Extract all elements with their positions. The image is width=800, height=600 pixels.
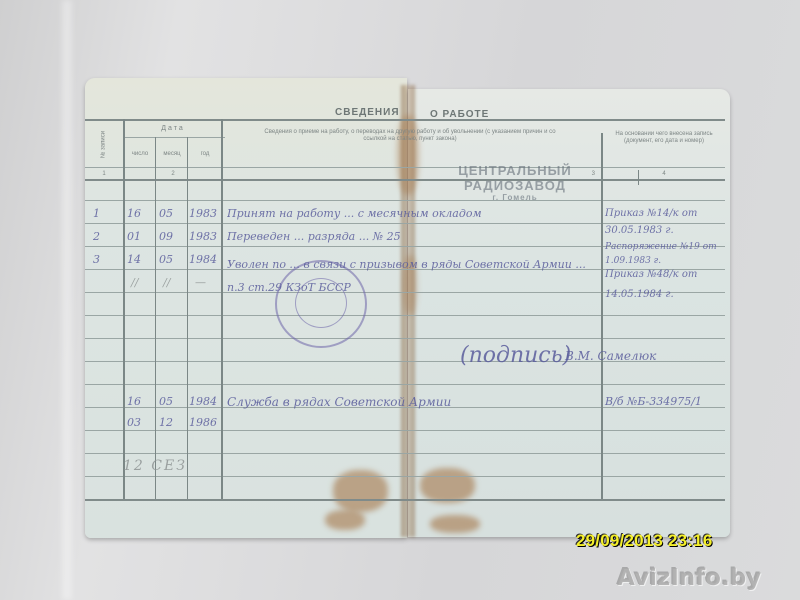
col-divider <box>601 133 603 499</box>
entry-2-day: 01 <box>127 230 141 243</box>
row-line <box>85 453 725 454</box>
entry-3-basis: Приказ №48/к от 14.05.1984 г. <box>605 265 723 305</box>
background-wall <box>62 0 72 600</box>
entry-1-day: 16 <box>127 207 141 220</box>
col-number-2: 2 <box>125 171 221 178</box>
entry-5-year: 1984 <box>189 395 217 408</box>
entry-3-month: 05 <box>159 253 173 266</box>
entry-2-no: 2 <box>93 230 100 243</box>
row-line <box>85 384 725 385</box>
header-bottom-line <box>85 167 725 168</box>
entry-2-info: Переведен ... разряда ... № 25 <box>227 230 597 243</box>
work-record-book: СВЕДЕНИЯ О РАБОТЕ № записи Дата число ме… <box>85 75 730 537</box>
col-divider <box>187 137 188 499</box>
entry-4-year: — <box>195 276 206 289</box>
col-divider <box>221 119 223 499</box>
entry-6-year: 1986 <box>189 416 217 429</box>
section-title-left: СВЕДЕНИЯ <box>335 107 400 118</box>
date-subheader-line <box>125 137 225 138</box>
entry-2-basis: Распоряжение №19 от 1.09.1983 г. <box>605 240 723 268</box>
entry-3-no: 3 <box>93 253 100 266</box>
row-line <box>85 430 725 431</box>
col-divider <box>155 137 156 499</box>
header-entry-number: № записи <box>101 128 108 162</box>
col-number-1: 1 <box>87 171 121 178</box>
entry-5-day: 16 <box>127 395 141 408</box>
header-info: Сведения о приеме на работу, о переводах… <box>225 129 595 143</box>
watermark: AvizInfo.by <box>617 565 761 591</box>
stain <box>420 468 475 503</box>
row-line <box>85 476 725 477</box>
entry-6-day: 03 <box>127 416 141 429</box>
row-line <box>85 338 725 339</box>
stain <box>430 515 480 533</box>
entry-1-year: 1983 <box>189 207 217 220</box>
row-line <box>85 200 725 201</box>
column-number-line <box>85 179 725 181</box>
entry-3-day: 14 <box>127 253 141 266</box>
header-day: число <box>125 151 155 158</box>
header-year: год <box>189 151 221 158</box>
entry-1-no: 1 <box>93 207 100 220</box>
entry-1-month: 05 <box>159 207 173 220</box>
table-top-border <box>85 119 725 121</box>
header-month: месяц <box>157 151 187 158</box>
entry-1-info: Принят на работу ... с месячным окладом <box>227 207 597 220</box>
header-date: Дата <box>125 125 221 132</box>
entry-3-info: Уволен по ... в связи с призывом в ряды … <box>227 253 597 299</box>
photo-timestamp: 29/09/2013 23:16 <box>576 531 713 551</box>
entry-3-year: 1984 <box>189 253 217 266</box>
entry-2-year: 1983 <box>189 230 217 243</box>
table-bottom-border <box>85 499 725 501</box>
stain <box>325 510 365 530</box>
signature-name: В.М. Самелюк <box>565 349 656 363</box>
entry-1-basis: Приказ №14/к от 30.05.1983 г. <box>605 205 723 239</box>
row-line <box>85 315 725 316</box>
col-number-4: 4 <box>605 171 723 178</box>
entry-5-month: 05 <box>159 395 173 408</box>
header-basis: На основании чего внесена запись (докуме… <box>605 131 723 145</box>
org-stamp-line3: г. Гомель <box>435 193 595 202</box>
signature-scribble: (подпись) <box>460 343 571 368</box>
entry-6-month: 12 <box>159 416 173 429</box>
entry-5-info: Служба в рядах Советской Армии <box>227 395 451 409</box>
org-stamp-line2: РАДИОЗАВОД <box>435 178 595 193</box>
stain <box>397 115 419 195</box>
pencil-note: 12 СЕЗ <box>123 458 187 474</box>
entry-2-month: 09 <box>159 230 173 243</box>
entry-4-day: // <box>131 276 138 289</box>
entry-5-basis: В/б №Б-334975/1 <box>605 395 702 408</box>
entry-4-month: // <box>163 276 170 289</box>
org-stamp-line1: ЦЕНТРАЛЬНЫЙ <box>435 163 595 178</box>
